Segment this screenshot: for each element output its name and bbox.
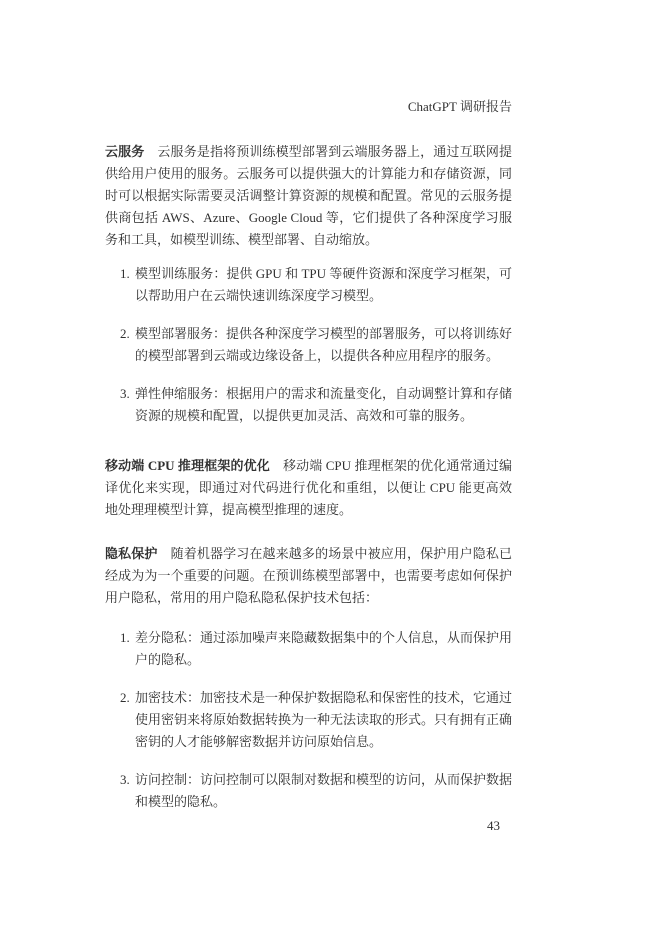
list-item-marker: 3. (105, 383, 135, 427)
paragraph-privacy-body: 随着机器学习在越来越多的场景中被应用，保护用户隐私已经成为为一个重要的问题。在预… (105, 546, 512, 605)
list-item: 2. 模型部署服务：提供各种深度学习模型的部署服务，可以将训练好的模型部署到云端… (105, 323, 512, 367)
page-content: ChatGPT 调研报告 云服务云服务是指将预训练模型部署到云端服务器上，通过互… (105, 0, 512, 813)
paragraph-mobile-cpu: 移动端 CPU 推理框架的优化移动端 CPU 推理框架的优化通常通过编译优化来实… (105, 455, 512, 521)
privacy-techniques-list: 1. 差分隐私：通过添加噪声来隐藏数据集中的个人信息，从而保护用户的隐私。 2.… (105, 627, 512, 813)
document-page: ChatGPT 调研报告 云服务云服务是指将预训练模型部署到云端服务器上，通过互… (0, 0, 660, 934)
list-item: 1. 模型训练服务：提供 GPU 和 TPU 等硬件资源和深度学习框架，可以帮助… (105, 263, 512, 307)
list-item: 2. 加密技术：加密技术是一种保护数据隐私和保密性的技术，它通过使用密钥来将原始… (105, 687, 512, 753)
list-item-text: 加密技术：加密技术是一种保护数据隐私和保密性的技术，它通过使用密钥来将原始数据转… (135, 687, 512, 753)
list-item-text: 访问控制：访问控制可以限制对数据和模型的访问，从而保护数据和模型的隐私。 (135, 769, 512, 813)
list-item-marker: 1. (105, 263, 135, 307)
list-item-text: 模型部署服务：提供各种深度学习模型的部署服务，可以将训练好的模型部署到云端或边缘… (135, 323, 512, 367)
running-header: ChatGPT 调研报告 (105, 96, 512, 118)
page-number: 43 (105, 815, 512, 837)
list-item-text: 弹性伸缩服务：根据用户的需求和流量变化，自动调整计算和存储资源的规模和配置，以提… (135, 383, 512, 427)
cloud-services-list: 1. 模型训练服务：提供 GPU 和 TPU 等硬件资源和深度学习框架，可以帮助… (105, 263, 512, 427)
list-item: 3. 访问控制：访问控制可以限制对数据和模型的访问，从而保护数据和模型的隐私。 (105, 769, 512, 813)
run-in-heading-mobile-cpu: 移动端 CPU 推理框架的优化 (105, 458, 270, 473)
list-item-marker: 2. (105, 323, 135, 367)
list-item: 3. 弹性伸缩服务：根据用户的需求和流量变化，自动调整计算和存储资源的规模和配置… (105, 383, 512, 427)
running-header-title: ChatGPT 调研报告 (408, 99, 512, 114)
paragraph-cloud-services-body: 云服务是指将预训练模型部署到云端服务器上，通过互联网提供给用户使用的服务。云服务… (105, 144, 512, 247)
list-item-text: 差分隐私：通过添加噪声来隐藏数据集中的个人信息，从而保护用户的隐私。 (135, 627, 512, 671)
paragraph-cloud-services: 云服务云服务是指将预训练模型部署到云端服务器上，通过互联网提供给用户使用的服务。… (105, 141, 512, 251)
list-item-marker: 3. (105, 769, 135, 813)
run-in-heading-cloud-services: 云服务 (105, 144, 144, 159)
paragraph-privacy: 隐私保护随着机器学习在越来越多的场景中被应用，保护用户隐私已经成为为一个重要的问… (105, 543, 512, 609)
list-item: 1. 差分隐私：通过添加噪声来隐藏数据集中的个人信息，从而保护用户的隐私。 (105, 627, 512, 671)
list-item-marker: 1. (105, 627, 135, 671)
list-item-text: 模型训练服务：提供 GPU 和 TPU 等硬件资源和深度学习框架，可以帮助用户在… (135, 263, 512, 307)
run-in-heading-privacy: 隐私保护 (105, 546, 158, 561)
list-item-marker: 2. (105, 687, 135, 753)
